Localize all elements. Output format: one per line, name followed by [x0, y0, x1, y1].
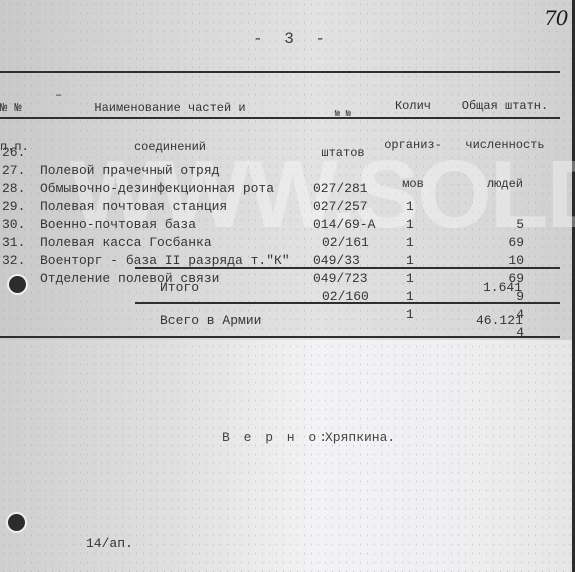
certification-label: В е р н о: [222, 430, 330, 445]
subtotal-top-rule [135, 267, 560, 269]
document-reference: 14/ап. [86, 536, 133, 551]
page-number: - 3 - [253, 30, 331, 48]
punch-hole-bottom [8, 514, 25, 531]
grand-total-label: Всего в Армии [160, 312, 261, 330]
table-bottom-rule [0, 336, 560, 338]
row-index: 32. [2, 252, 25, 270]
table-row: 32. Отделение полевой связи 02/160 1 4 [0, 234, 560, 360]
table-top-rule [0, 71, 560, 73]
subtotal-label: Итого [160, 279, 199, 297]
subtotal-value: 1.641 [483, 279, 522, 297]
header-staff-line1: № № [312, 108, 374, 121]
header-name-line1: Наименование частей и [60, 102, 280, 115]
header-people-line1: Общая штатн. [450, 100, 560, 113]
certification-name: Хряпкина. [325, 430, 395, 445]
row-org-count: 1 [406, 306, 414, 324]
punch-hole-top [9, 276, 26, 293]
sheet-number: 70 [544, 6, 567, 30]
header-index-line1: № № [0, 102, 29, 115]
header-org-line1: Колич [375, 100, 451, 113]
grand-total-top-rule [135, 302, 560, 304]
grand-total-value: 46.121 [476, 312, 523, 330]
